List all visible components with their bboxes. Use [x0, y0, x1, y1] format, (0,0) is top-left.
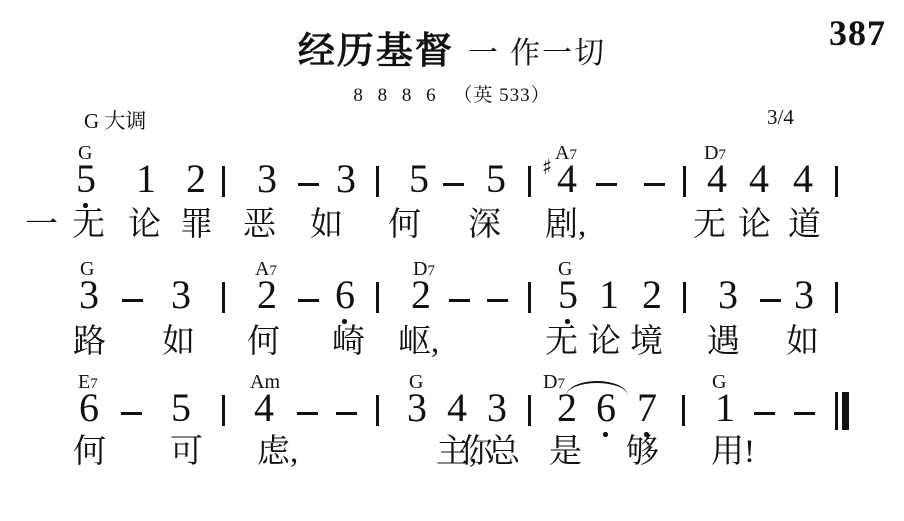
- note: 7: [637, 388, 657, 428]
- barline: [528, 166, 531, 197]
- note: 3: [257, 159, 277, 199]
- barline: [222, 166, 225, 197]
- lyric-syllable: 如: [162, 326, 195, 359]
- note-dash: [298, 299, 319, 302]
- note: 1: [136, 159, 156, 199]
- note: 3: [79, 275, 99, 315]
- lyric-syllable: 如: [786, 326, 819, 359]
- lyric-syllable: 如: [310, 209, 343, 242]
- lyric-syllable: 论: [588, 326, 621, 359]
- note: 4: [707, 159, 727, 199]
- barline: [835, 166, 838, 197]
- note: 5: [486, 159, 506, 199]
- barline: [376, 395, 379, 426]
- note: 3: [794, 275, 814, 315]
- note: 2: [411, 275, 431, 315]
- lyric-syllable: 罪: [180, 209, 213, 242]
- note: 3: [171, 275, 191, 315]
- lyric-syllable: 深: [468, 209, 501, 242]
- barline: [376, 166, 379, 197]
- lyric-syllable: 论: [738, 209, 771, 242]
- note: 2: [257, 275, 277, 315]
- lyric-syllable: 可: [170, 436, 203, 469]
- octave-dot: [342, 319, 347, 324]
- note-dash: [760, 299, 781, 302]
- sharp-icon: ♯: [542, 157, 552, 178]
- lyric-syllable: 是: [549, 436, 582, 469]
- note: 5: [409, 159, 429, 199]
- lyric-syllable: 总: [487, 436, 520, 469]
- note: 3: [487, 388, 507, 428]
- note: 4: [793, 159, 813, 199]
- lyric-syllable: 何: [73, 436, 106, 469]
- note-dash: [644, 183, 665, 186]
- lyric-syllable: 一: [25, 209, 58, 242]
- lyric-syllable: 岖,: [398, 326, 439, 359]
- note: 1: [715, 388, 735, 428]
- note: 4: [254, 388, 274, 428]
- music-sheet: GA7D751233554♯444一无论罪恶如何深剧,无论道GA7D7G3326…: [0, 0, 904, 521]
- lyric-syllable: 何: [247, 326, 280, 359]
- note: 6: [79, 388, 99, 428]
- note-dash: [754, 412, 775, 415]
- lyric-syllable: 道: [788, 209, 821, 242]
- note-dash: [298, 183, 319, 186]
- lyric-syllable: 论: [128, 209, 161, 242]
- barline: [222, 282, 225, 313]
- barline: [683, 282, 686, 313]
- slur-arc: [566, 381, 628, 396]
- barline: [528, 282, 531, 313]
- barline: [376, 282, 379, 313]
- note: 5: [558, 275, 578, 315]
- note-dash: [121, 412, 142, 415]
- note-dash: [122, 299, 143, 302]
- note: 6: [335, 275, 355, 315]
- barline: [222, 395, 225, 426]
- lyric-syllable: 境: [630, 326, 663, 359]
- octave-dot: [565, 319, 570, 324]
- barline: [835, 282, 838, 313]
- note: 4: [557, 159, 577, 199]
- lyric-syllable: 恶: [243, 209, 276, 242]
- note-dash: [336, 412, 357, 415]
- note-dash: [794, 412, 815, 415]
- note: 4: [749, 159, 769, 199]
- note: 5: [171, 388, 191, 428]
- lyric-syllable: 剧,: [545, 209, 586, 242]
- lyric-syllable: 用!: [711, 436, 755, 469]
- final-barline: [835, 392, 849, 430]
- note: 3: [718, 275, 738, 315]
- lyric-syllable: 路: [73, 326, 106, 359]
- lyric-syllable: 虑,: [257, 436, 298, 469]
- barline: [528, 395, 531, 426]
- note: 5: [76, 159, 96, 199]
- note: 2: [186, 159, 206, 199]
- note-dash: [297, 412, 318, 415]
- hymnal-page: 387 经历基督 一 作一切 8 8 8 6 （英 533） G 大调 3/4 …: [0, 0, 904, 521]
- note: 3: [336, 159, 356, 199]
- octave-dot: [603, 432, 608, 437]
- note-dash: [449, 299, 470, 302]
- note: 2: [642, 275, 662, 315]
- lyric-syllable: 遇: [707, 326, 740, 359]
- barline: [683, 166, 686, 197]
- note: 1: [599, 275, 619, 315]
- lyric-syllable: 无: [693, 209, 726, 242]
- lyric-syllable: 够: [626, 436, 659, 469]
- note-dash: [443, 183, 464, 186]
- barline: [682, 395, 685, 426]
- lyric-syllable: 无: [72, 209, 105, 242]
- note: 3: [407, 388, 427, 428]
- note-dash: [596, 183, 617, 186]
- lyric-syllable: 何: [388, 209, 421, 242]
- note-dash: [487, 299, 508, 302]
- lyric-syllable: 崎: [332, 326, 365, 359]
- lyric-syllable: 无: [545, 326, 578, 359]
- note: 4: [447, 388, 467, 428]
